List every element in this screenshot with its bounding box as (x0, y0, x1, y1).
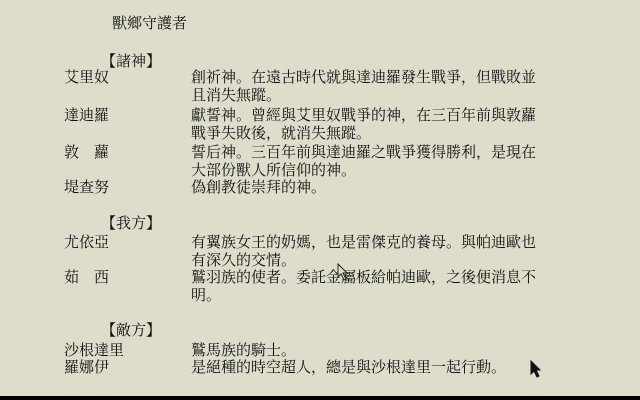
section-heading-gods: 【諸神】 (101, 52, 161, 70)
description-line: 鷲馬族的騎士。 (191, 341, 571, 359)
character-name: 茹 西 (64, 268, 109, 286)
game-screen: 獸鄉守護者 【諸神】 艾里奴 創祈神。在遠古時代就與達迪羅發生戰爭，但戰敗並 且… (0, 0, 640, 396)
section-heading-enemies: 【敵方】 (101, 321, 161, 339)
description-line: 戰爭失敗後，就消失無蹤。 (191, 124, 571, 142)
character-description: 偽創教徒崇拜的神。 (191, 178, 571, 196)
character-description: 誓后神。三百年前與達迪羅之戰爭獲得勝利，是現在 大部份獸人所信仰的神。 (191, 143, 571, 179)
character-name: 尤依亞 (64, 233, 109, 251)
character-name: 艾里奴 (64, 68, 109, 86)
description-line: 獻誓神。曾經與艾里奴戰爭的神，在三百年前與敦蘿 (191, 106, 571, 124)
character-description: 鷲馬族的騎士。 (191, 341, 571, 359)
description-line: 且消失無蹤。 (191, 86, 571, 104)
character-name: 羅娜伊 (64, 358, 109, 376)
description-line: 偽創教徒崇拜的神。 (191, 178, 571, 196)
character-description: 有翼族女王的奶媽，也是雷傑克的養母。與帕迪歐也 有深久的交情。 (191, 233, 571, 269)
description-line: 有翼族女王的奶媽，也是雷傑克的養母。與帕迪歐也 (191, 233, 571, 251)
page-title: 獸鄉守護者 (112, 14, 187, 32)
character-description: 獻誓神。曾經與艾里奴戰爭的神，在三百年前與敦蘿 戰爭失敗後，就消失無蹤。 (191, 106, 571, 142)
character-description: 是絕種的時空超人，總是與沙根達里一起行動。 (191, 358, 571, 376)
character-description: 鷲羽族的使者。委託金屬板給帕迪歐，之後便消息不 明。 (191, 268, 571, 304)
character-name: 沙根達里 (64, 341, 124, 359)
section-heading-allies: 【我方】 (101, 214, 161, 232)
description-line: 有深久的交情。 (191, 251, 571, 269)
description-line: 大部份獸人所信仰的神。 (191, 161, 571, 179)
description-line: 誓后神。三百年前與達迪羅之戰爭獲得勝利，是現在 (191, 143, 571, 161)
character-description: 創祈神。在遠古時代就與達迪羅發生戰爭，但戰敗並 且消失無蹤。 (191, 68, 571, 104)
description-line: 明。 (191, 286, 571, 304)
character-name: 敦 蘿 (64, 143, 109, 161)
character-name: 達迪羅 (64, 106, 109, 124)
description-line: 是絕種的時空超人，總是與沙根達里一起行動。 (191, 358, 571, 376)
character-name: 堤查努 (64, 178, 109, 196)
description-line: 創祈神。在遠古時代就與達迪羅發生戰爭，但戰敗並 (191, 68, 571, 86)
description-line: 鷲羽族的使者。委託金屬板給帕迪歐，之後便消息不 (191, 268, 571, 286)
